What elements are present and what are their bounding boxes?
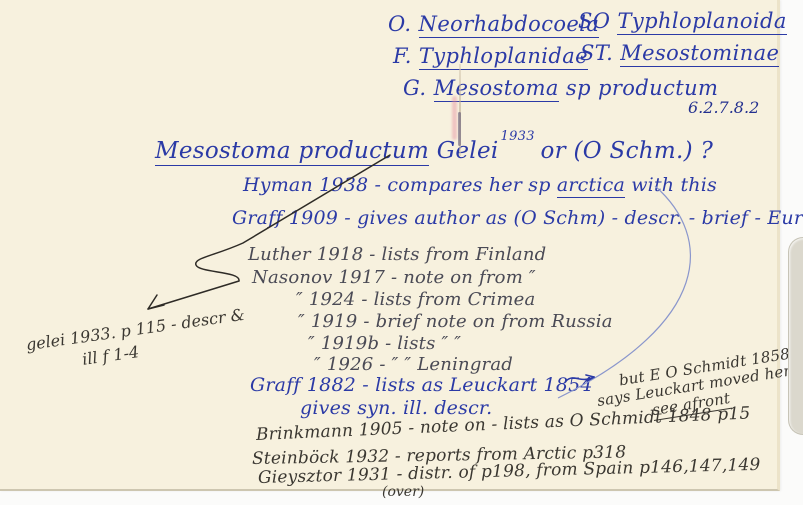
ink-smudge xyxy=(458,112,461,146)
entry-nasonov-1919: ″ 1919 - brief note on from Russia xyxy=(298,311,613,332)
suborder-name: Typhloplanoida xyxy=(617,9,786,35)
hyman-pre: Hyman 1938 - compares her sp xyxy=(243,174,557,196)
genus-line: G. Mesostoma sp productum xyxy=(403,76,718,100)
hyman-post: with this xyxy=(625,174,717,196)
order-name: Neorhabdocoela xyxy=(419,12,600,38)
title-alt-author: or (O Schm.) ? xyxy=(540,138,713,164)
subfamily-line: ST. Mesostominae xyxy=(580,41,779,65)
suborder-line: SO Typhloplanoida xyxy=(578,9,787,33)
family-line: F. Typhloplanidae xyxy=(393,44,588,68)
pink-smudge xyxy=(452,96,457,140)
family-name: Typhloplanidae xyxy=(419,44,588,70)
order-line: O. Neorhabdocoela xyxy=(388,12,599,36)
entry-nasonov-1917: Nasonov 1917 - note on from ″ xyxy=(252,267,536,288)
background-card-corner xyxy=(788,237,803,435)
entry-nasonov-1926: ″ 1926 - ″ ″ Leningrad xyxy=(314,354,513,375)
genus-label: G. xyxy=(403,76,427,100)
entry-nasonov-1924: ″ 1924 - lists from Crimea xyxy=(296,289,535,310)
title-year: 1933 xyxy=(501,129,535,144)
suborder-label: SO xyxy=(578,9,610,33)
species-text: sp productum xyxy=(566,76,718,100)
title-author: Gelei xyxy=(437,138,499,164)
entry-nasonov-1919b: ″ 1919b - lists ″ ″ xyxy=(308,333,461,354)
over-note: (over) xyxy=(382,484,424,500)
card-title: Mesostoma productum Gelei1933 or (O Schm… xyxy=(155,138,713,164)
hyman-species: arctica xyxy=(557,174,625,198)
subfamily-label: ST. xyxy=(580,41,613,65)
scanned-index-card: O. Neorhabdocoela SO Typhloplanoida F. T… xyxy=(0,0,803,505)
order-label: O. xyxy=(388,12,411,36)
note-gelei-figures: ill f 1-4 xyxy=(81,342,140,369)
title-binomial: Mesostoma productum xyxy=(155,138,429,166)
catalog-code: 6.2.7.8.2 xyxy=(688,98,759,117)
entry-graff-1882: Graff 1882 - lists as Leuckart 1854 xyxy=(250,374,593,396)
subfamily-name: Mesostominae xyxy=(620,41,779,67)
index-card: O. Neorhabdocoela SO Typhloplanoida F. T… xyxy=(0,0,780,491)
family-label: F. xyxy=(393,44,412,68)
entry-graff-1909: Graff 1909 - gives author as (O Schm) - … xyxy=(232,207,803,229)
entry-hyman-1938: Hyman 1938 - compares her sp arctica wit… xyxy=(243,174,717,196)
entry-luther-1918: Luther 1918 - lists from Finland xyxy=(248,244,546,265)
